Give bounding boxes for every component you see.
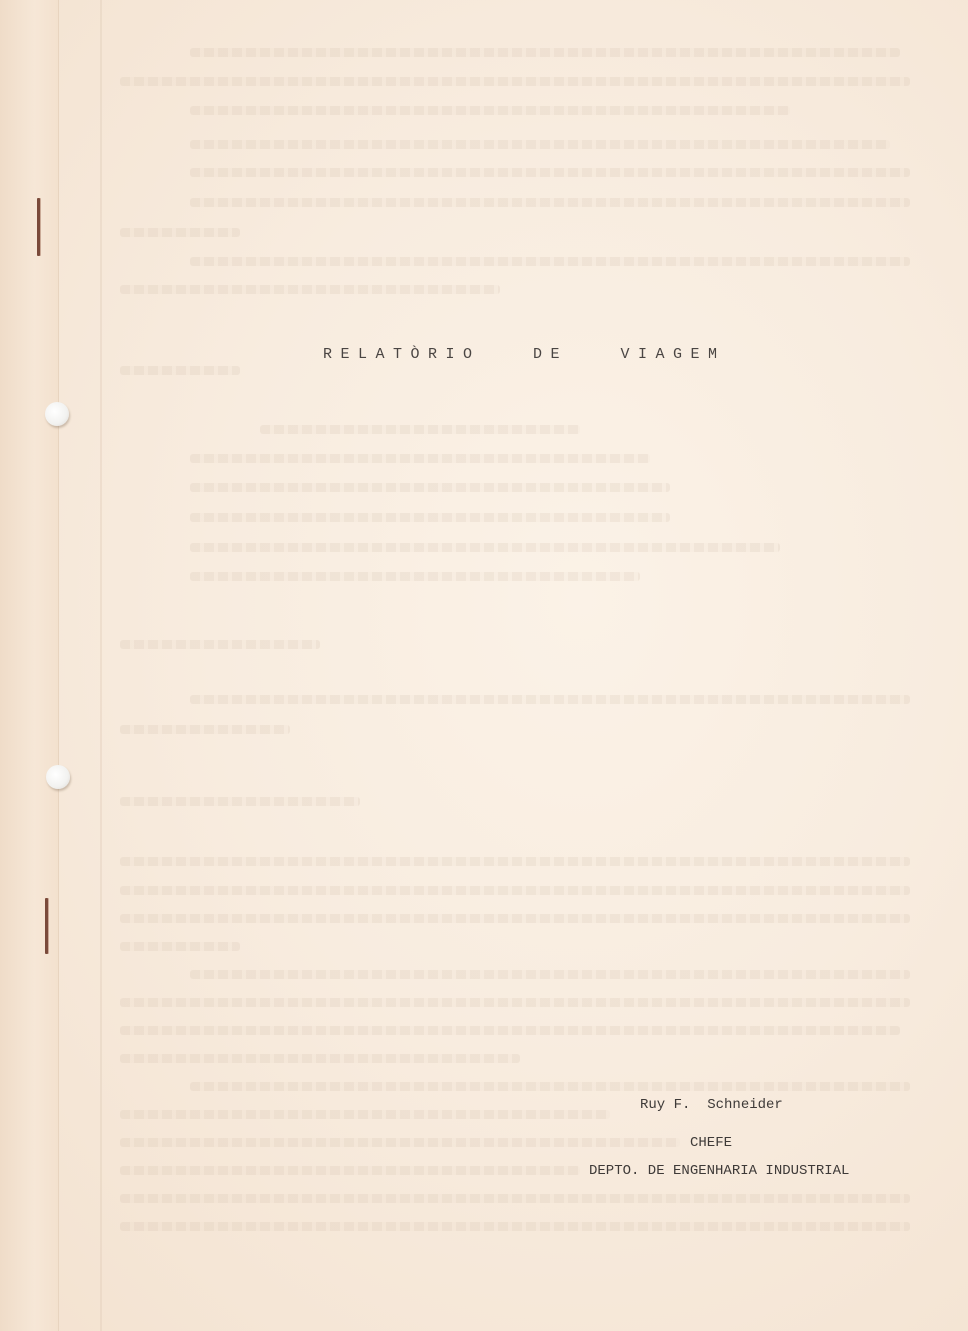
signature-name: Ruy F. Schneider	[640, 1097, 783, 1113]
binding-fold	[0, 0, 59, 1331]
signature-department: DEPTO. DE ENGENHARIA INDUSTRIAL	[589, 1163, 849, 1179]
document-page: RELATÒRIO DE VIAGEM Ruy F. Schneider CHE…	[0, 0, 968, 1331]
document-title: RELATÒRIO DE VIAGEM	[287, 329, 726, 380]
paper-crease	[100, 0, 102, 1331]
punch-hole-icon	[45, 402, 69, 426]
punch-hole-icon	[46, 765, 70, 789]
signature-role: CHEFE	[690, 1135, 732, 1151]
staple-icon	[37, 198, 40, 256]
staple-icon	[45, 898, 48, 954]
